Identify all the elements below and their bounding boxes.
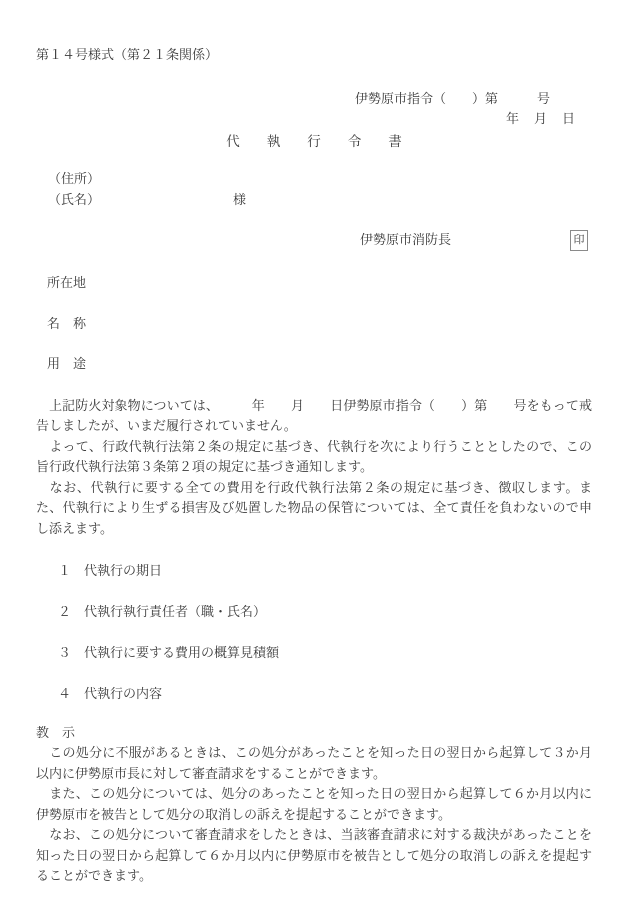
property-use-label: 用 途	[47, 354, 592, 375]
body-paragraph-notice: よって、行政代執行法第２条の規定に基づき、代執行を次により行うこととしたので、こ…	[36, 437, 592, 478]
execution-item-number: ４	[58, 686, 71, 701]
property-fields: 所在地 名 称 用 途	[36, 273, 592, 375]
execution-item-responsible: ２ 代執行執行責任者（職・氏名）	[58, 602, 592, 623]
property-location-label: 所在地	[47, 273, 592, 294]
execution-item-date: １ 代執行の期日	[58, 561, 592, 582]
execution-item-label: 代執行に要する費用の概算見積額	[71, 645, 279, 660]
execution-item-cost-estimate: ３ 代執行に要する費用の概算見積額	[58, 643, 592, 664]
kyoji-heading: 教 示	[36, 723, 592, 744]
execution-item-label: 代執行執行責任者（職・氏名）	[71, 604, 266, 619]
form-number: 第１４号様式（第２１条関係）	[36, 45, 592, 66]
execution-item-label: 代執行の内容	[71, 686, 162, 701]
kyoji-paragraph-after-ruling: なお、この処分について審査請求をしたときは、当該審査請求に対する裁決があったこと…	[36, 825, 592, 887]
property-name-label: 名 称	[47, 314, 592, 335]
kyoji-paragraph-review-request: この処分に不服があるときは、この処分があったことを知った日の翌日から起算して３か…	[36, 743, 592, 784]
execution-item-label: 代執行の期日	[71, 563, 162, 578]
issuer-title: 伊勢原市消防長	[360, 230, 451, 251]
execution-item-content: ４ 代執行の内容	[58, 684, 592, 705]
document-title: 代 執 行 令 書	[36, 132, 592, 153]
execution-item-number: ３	[58, 645, 71, 660]
seal-mark: 印	[570, 230, 588, 251]
document-page: 第１４号様式（第２１条関係） 伊勢原市指令（ ）第 号 年 月 日 代 執 行 …	[0, 0, 630, 915]
body-paragraphs: 上記防火対象物については、 年 月 日伊勢原市指令（ ）第 号をもって戒告しまし…	[36, 396, 592, 540]
directive-number-line: 伊勢原市指令（ ）第 号	[36, 89, 592, 110]
addressee-honorific: 様	[233, 192, 246, 207]
date-line: 年 月 日	[36, 109, 592, 130]
body-paragraph-warning: 上記防火対象物については、 年 月 日伊勢原市指令（ ）第 号をもって戒告しまし…	[36, 396, 592, 437]
issuer-line: 伊勢原市消防長 印	[36, 230, 592, 251]
execution-items-list: １ 代執行の期日 ２ 代執行執行責任者（職・氏名） ３ 代執行に要する費用の概算…	[36, 561, 592, 705]
addressee-name-line: （氏名）様	[48, 190, 592, 211]
addressee-address-label: （住所）	[48, 169, 592, 190]
kyoji-paragraph-lawsuit: また、この処分については、処分のあったことを知った日の翌日から起算して６か月以内…	[36, 784, 592, 825]
execution-item-number: １	[58, 563, 71, 578]
body-paragraph-costs: なお、代執行に要する全ての費用を行政代執行法第２条の規定に基づき、徴収します。ま…	[36, 478, 592, 540]
execution-item-number: ２	[58, 604, 71, 619]
addressee-block: （住所） （氏名）様	[36, 169, 592, 210]
addressee-name-label: （氏名）	[48, 190, 233, 211]
kyoji-paragraphs: この処分に不服があるときは、この処分があったことを知った日の翌日から起算して３か…	[36, 743, 592, 887]
